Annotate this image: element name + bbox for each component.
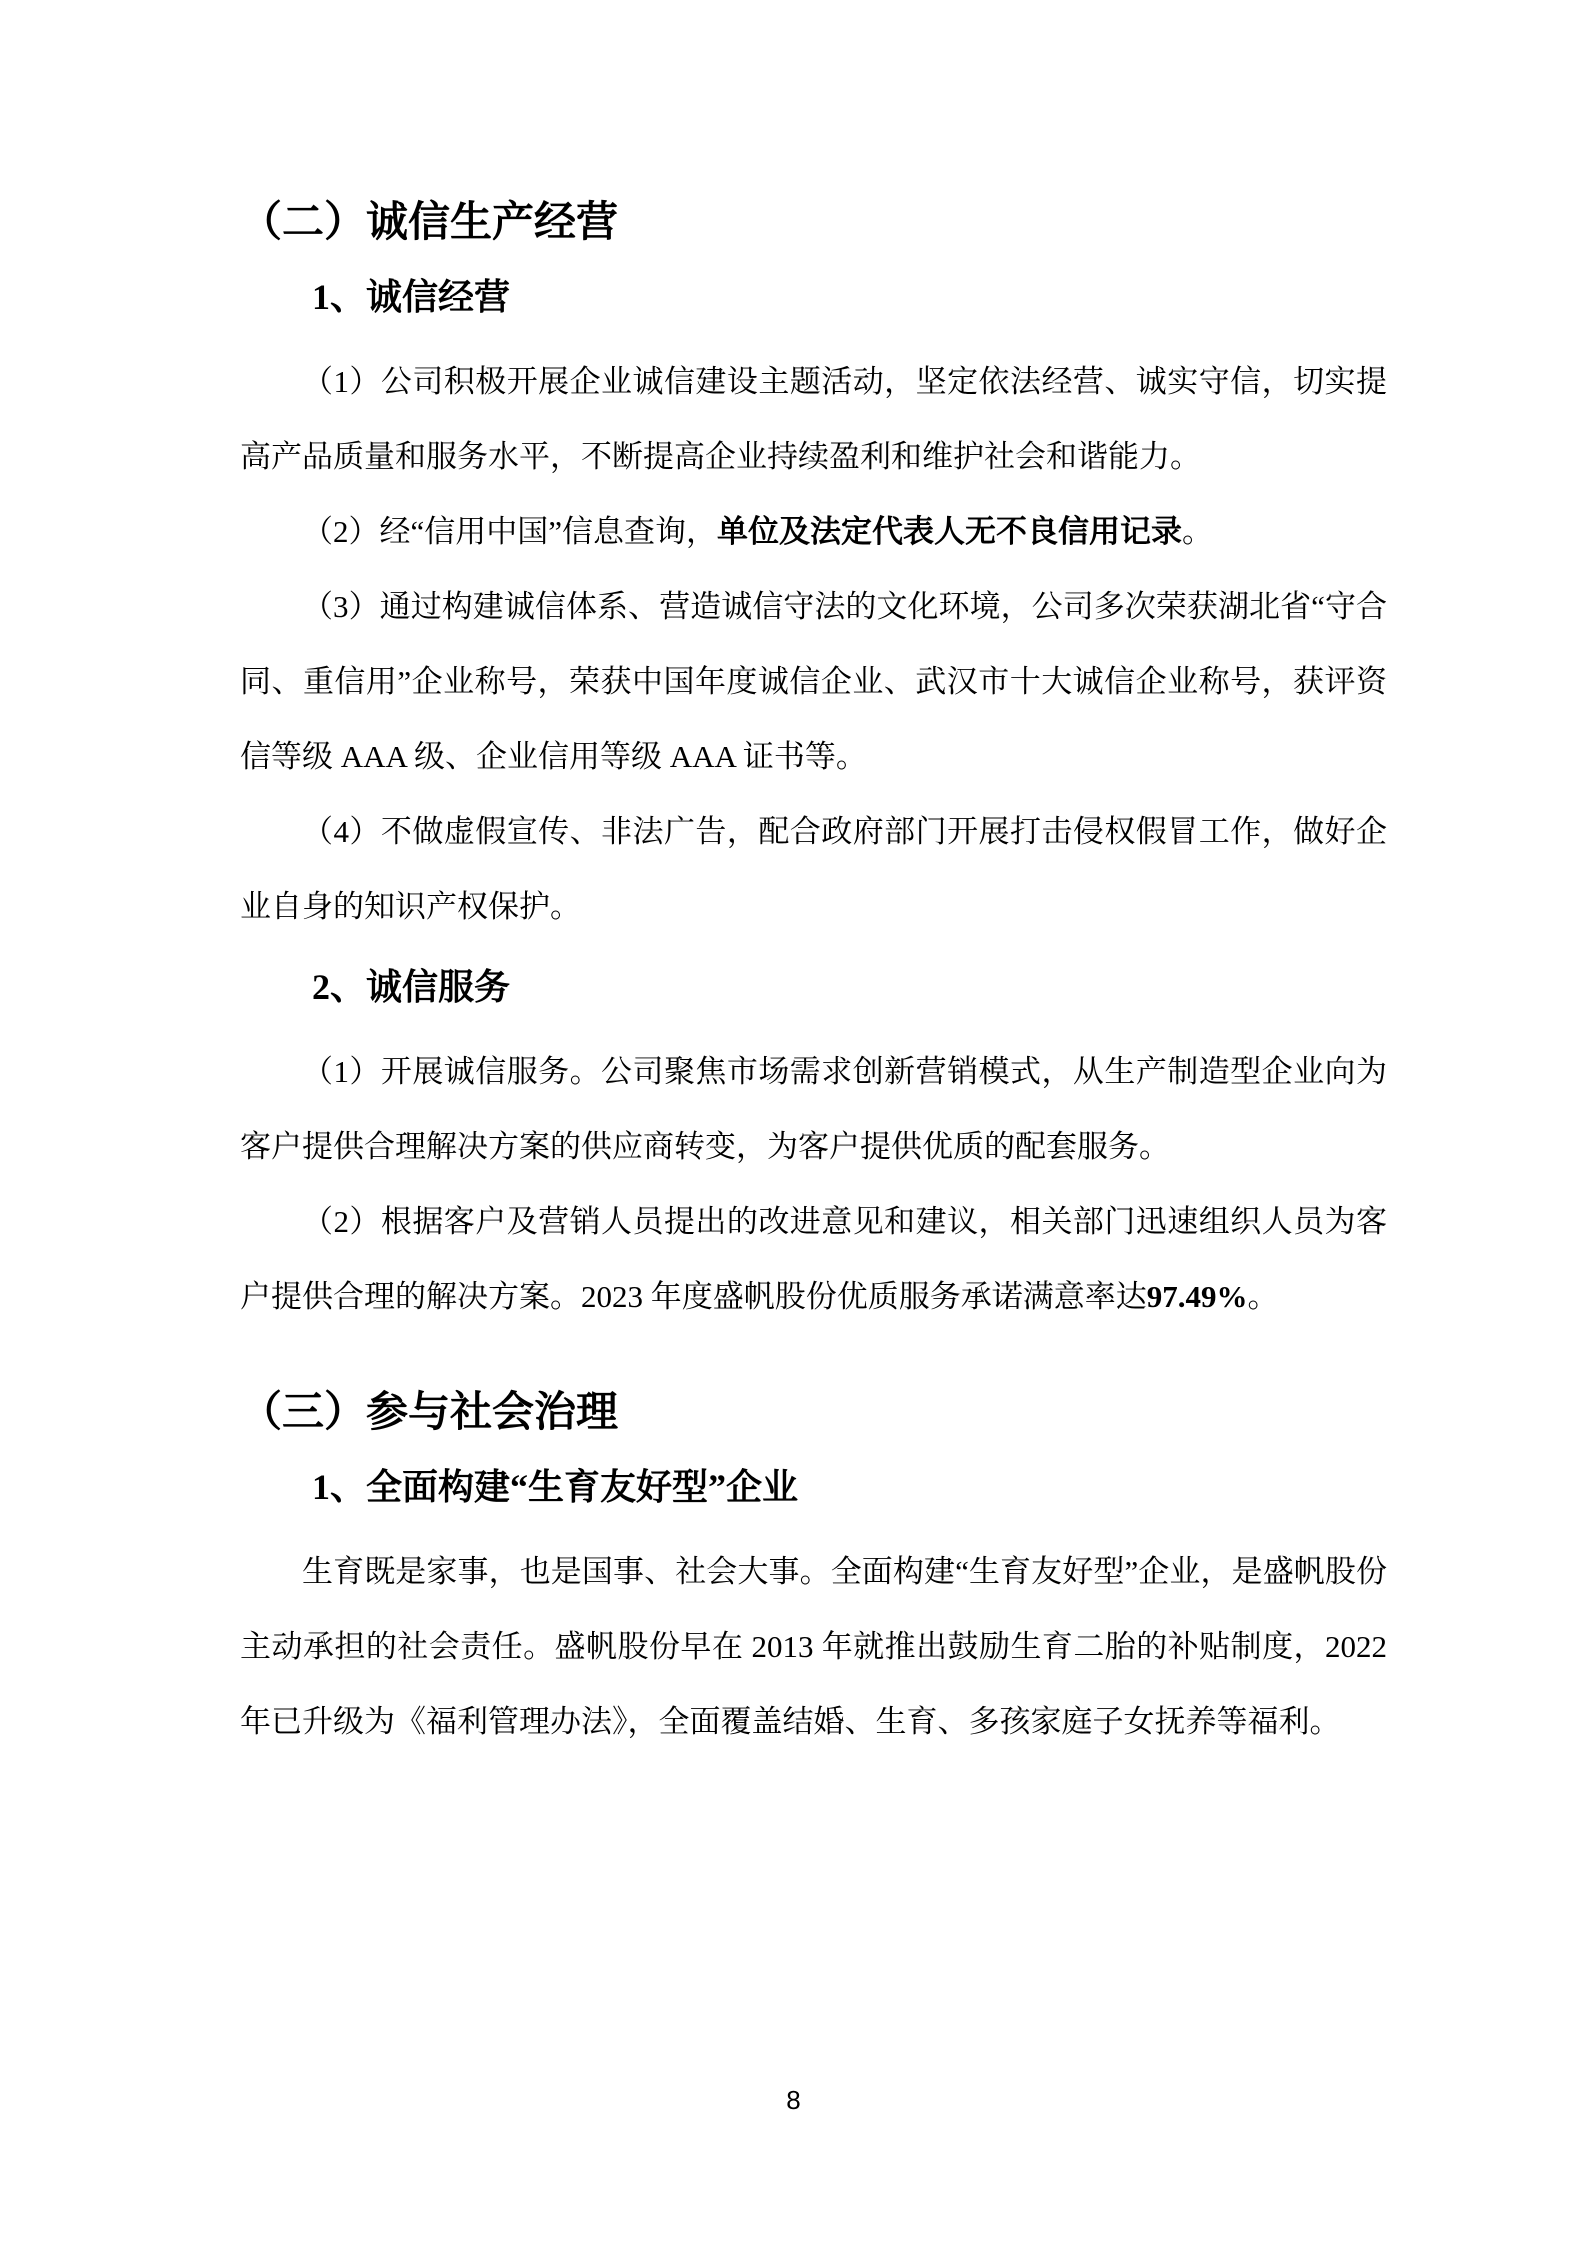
- section-heading-social-governance: （三）参与社会治理: [240, 1388, 1387, 1438]
- subsection-heading-integrity-service: 2、诚信服务: [240, 964, 1387, 1010]
- page-number: 8: [0, 2085, 1587, 2116]
- paragraph-integrity-management-3: （3）通过构建诚信体系、营造诚信守法的文化环境，公司多次荣获湖北省“守合同、重信…: [240, 569, 1387, 794]
- subsection-heading-integrity-management: 1、诚信经营: [240, 274, 1387, 320]
- paragraph-integrity-service-2: （2）根据客户及营销人员提出的改进意见和建议，相关部门迅速组织人员为客户提供合理…: [240, 1184, 1387, 1334]
- document-page: （二）诚信生产经营 1、诚信经营 （1）公司积极开展企业诚信建设主题活动，坚定依…: [0, 0, 1587, 2245]
- paragraph-integrity-management-1: （1）公司积极开展企业诚信建设主题活动，坚定依法经营、诚实守信，切实提高产品质量…: [240, 344, 1387, 494]
- document-content: （二）诚信生产经营 1、诚信经营 （1）公司积极开展企业诚信建设主题活动，坚定依…: [0, 0, 1587, 1759]
- paragraph-fertility-friendly-1: 生育既是家事，也是国事、社会大事。全面构建“生育友好型”企业，是盛帆股份主动承担…: [240, 1534, 1387, 1759]
- paragraph-integrity-service-1: （1）开展诚信服务。公司聚焦市场需求创新营销模式，从生产制造型企业向为客户提供合…: [240, 1034, 1387, 1184]
- paragraph-integrity-management-2: （2）经“信用中国”信息查询，单位及法定代表人无不良信用记录。: [240, 494, 1387, 569]
- subsection-heading-fertility-friendly: 1、全面构建“生育友好型”企业: [240, 1464, 1387, 1510]
- paragraph-integrity-management-4: （4）不做虚假宣传、非法广告，配合政府部门开展打击侵权假冒工作，做好企业自身的知…: [240, 794, 1387, 944]
- section-heading-integrity-production: （二）诚信生产经营: [240, 198, 1387, 248]
